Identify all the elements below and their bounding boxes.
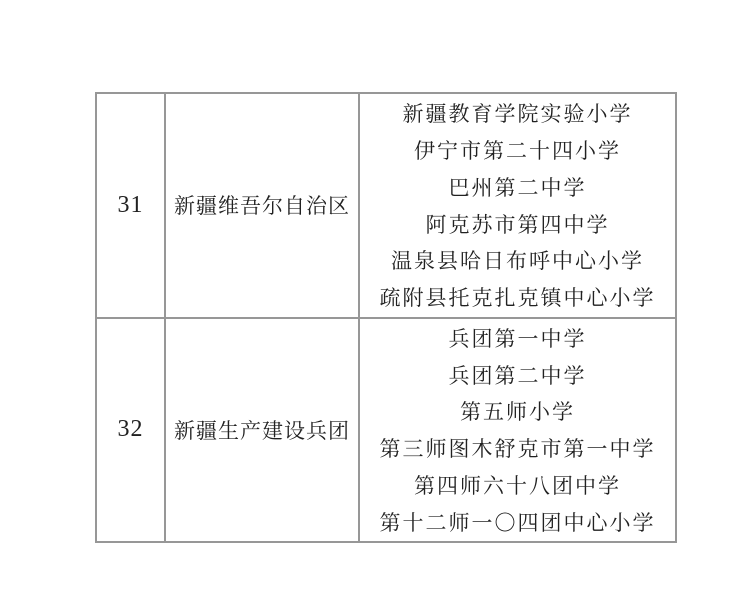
school-name: 新疆教育学院实验小学 [360, 95, 675, 132]
region-name: 新疆维吾尔自治区 [166, 94, 360, 317]
table-row-31: 31 新疆维吾尔自治区 新疆教育学院实验小学 伊宁市第二十四小学 巴州第二中学 … [97, 94, 675, 319]
schools-list: 兵团第一中学 兵团第二中学 第五师小学 第三师图木舒克市第一中学 第四师六十八团… [360, 319, 675, 542]
school-name: 第五师小学 [360, 393, 675, 430]
school-name: 巴州第二中学 [360, 169, 675, 206]
school-name: 疏附县托克扎克镇中心小学 [360, 279, 675, 316]
region-name: 新疆生产建设兵团 [166, 319, 360, 542]
schools-list: 新疆教育学院实验小学 伊宁市第二十四小学 巴州第二中学 阿克苏市第四中学 温泉县… [360, 94, 675, 317]
school-name: 第十二师一〇四团中心小学 [360, 503, 675, 540]
school-name: 阿克苏市第四中学 [360, 205, 675, 242]
school-name: 第三师图木舒克市第一中学 [360, 430, 675, 467]
school-name: 兵团第一中学 [360, 320, 675, 357]
school-name: 温泉县哈日布呼中心小学 [360, 242, 675, 279]
row-number: 32 [97, 319, 166, 542]
school-name: 兵团第二中学 [360, 356, 675, 393]
row-number: 31 [97, 94, 166, 317]
table-row-32: 32 新疆生产建设兵团 兵团第一中学 兵团第二中学 第五师小学 第三师图木舒克市… [97, 319, 675, 542]
school-name: 第四师六十八团中学 [360, 467, 675, 504]
schools-table: 31 新疆维吾尔自治区 新疆教育学院实验小学 伊宁市第二十四小学 巴州第二中学 … [95, 92, 677, 543]
school-name: 伊宁市第二十四小学 [360, 132, 675, 169]
